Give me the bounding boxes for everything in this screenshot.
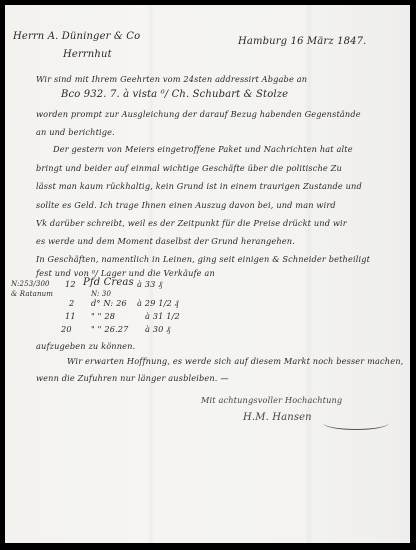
signature: H.M. Hansen <box>243 412 312 423</box>
body-line: In Geschäften, namentlich in Leinen, gin… <box>36 254 370 264</box>
ledger-item: " " 26.27 <box>91 324 129 334</box>
ledger-item: Pfd Creas <box>83 277 134 288</box>
signature-flourish <box>323 416 389 430</box>
ledger-price: à 33 ₰ <box>137 279 163 289</box>
valediction: Mit achtungsvoller Hochachtung <box>201 395 342 405</box>
ledger-price: à 31 1/2 <box>145 311 180 321</box>
after-ledger: aufzugeben zu können. <box>36 341 135 351</box>
body-line: sollte es Geld. Ich trage Ihnen einen Au… <box>36 200 336 210</box>
body-line: an und berichtige. <box>36 127 115 137</box>
addressee-place: Herrnhut <box>63 49 112 60</box>
body-line: bringt und beider auf einmal wichtige Ge… <box>36 163 342 173</box>
addressee: Herrn A. Düninger & Co <box>13 31 140 42</box>
ledger-qty: 2 <box>69 298 74 308</box>
ledger-price: à 29 1/2 ₰ <box>137 298 179 308</box>
closing-line: wenn die Zufuhren nur länger ausbleiben.… <box>36 373 229 383</box>
ledger-item: N: 30 <box>91 290 111 298</box>
closing-line: Wir erwarten Hoffnung, es werde sich auf… <box>67 356 403 366</box>
place-date: Hamburg 16 März 1847. <box>238 36 366 47</box>
body-line: Vk darüber schreibt, weil es der Zeitpun… <box>36 218 347 228</box>
ledger-qty: 11 <box>65 311 76 321</box>
body-line: Der gestern von Meiers eingetroffene Pak… <box>53 144 353 154</box>
letter-page: Herrn A. Düninger & Co Herrnhut Hamburg … <box>5 5 410 543</box>
body-line: lässt man kaum rückhaltig, kein Grund is… <box>36 181 362 191</box>
margin-note: & Ratanum <box>11 290 53 298</box>
margin-note: N:253/300 <box>11 280 50 288</box>
body-line: worden prompt zur Ausgleichung der darau… <box>36 109 361 119</box>
body-line: es werde und dem Moment daselbst der Gru… <box>36 236 295 246</box>
ledger-qty: 12 <box>65 279 76 289</box>
ledger-price: à 30 ₰ <box>145 324 171 334</box>
body-line: Bco 932. 7. à vista ⁰/ Ch. Schubart & St… <box>61 89 288 100</box>
ledger-item: " " 28 <box>91 311 115 321</box>
body-line: Wir sind mit Ihrem Geehrten vom 24sten a… <box>36 74 307 84</box>
ledger-qty: 20 <box>61 324 72 334</box>
ledger-item: d° N: 26 <box>91 298 127 308</box>
